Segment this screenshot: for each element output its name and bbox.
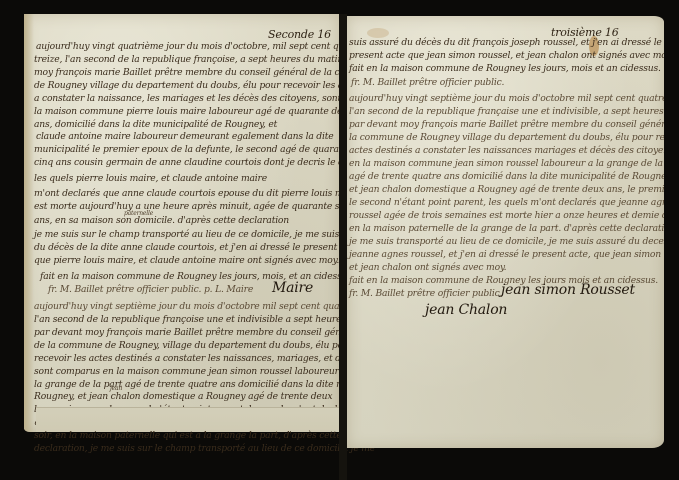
left-page-number: Seconde 16	[268, 28, 331, 41]
book-gutter	[339, 14, 347, 480]
text-line: de Rougney village du departement du dou…	[34, 81, 339, 90]
right-page: troisième 16 suis assuré du décès du dit…	[347, 16, 664, 448]
text-line: suis assuré du décès du dit françois jos…	[349, 38, 662, 47]
text-line: l'an second de la republique françoise u…	[34, 315, 339, 324]
text-line: treize, l'an second de la republique fra…	[34, 55, 339, 64]
text-line: par devant moy françois marie Baillet pr…	[34, 328, 339, 337]
text-line: recevoir les actes destinés a constater …	[34, 354, 339, 363]
text-line: par devant moy françois marie Baillet pr…	[349, 120, 664, 129]
text-line: fait en la maison commune de Rougney les…	[349, 64, 661, 73]
text-line: la maison commune pierre louis maire lab…	[34, 107, 339, 116]
text-line: fr. M. Baillet prêtre officier public.	[351, 78, 504, 87]
text-line: roussel agée de trois semaines est morte…	[349, 211, 664, 220]
text-line: m'ont declarés que anne claude courtois …	[34, 189, 339, 198]
text-line: l'an second de la republique française u…	[349, 107, 664, 116]
text-line: actes destinés a constater les naissance…	[349, 146, 664, 155]
left-page: Seconde 16 aujourd'huy vingt quatrième j…	[24, 14, 339, 432]
text-line: a constater la naissance, les mariages e…	[34, 94, 339, 103]
signature-chalon: jean Chalon	[425, 302, 507, 318]
text-line: aujourd'huy vingt septième jour du mois …	[349, 94, 664, 103]
signature-maire: Maire	[272, 280, 313, 296]
text-line: est morte aujourd'huy a une heure après …	[34, 202, 339, 211]
text-line: et jean chalon ont signés avec moy.	[349, 263, 506, 272]
text-line: la grange de la part agé de trente quatr…	[34, 380, 339, 389]
text-line: en la maison paternelle de la grange de …	[349, 224, 664, 233]
text-line: declaration, je me suis sur le champ tra…	[34, 444, 375, 453]
text-line: jeanne agnes roussel, et j'en ai dressé …	[349, 250, 664, 259]
text-line: la commune de Rougney village du departe…	[349, 133, 664, 142]
left-page-worn-edge	[24, 14, 34, 432]
text-line: cinq ans cousin germain de anne claudine…	[34, 158, 339, 167]
text-line: le second n'étant point parent, les quel…	[349, 198, 664, 207]
text-line: agé de trente quatre ans domicilié dans …	[349, 172, 664, 181]
text-line: aujourd'huy vingt septième jour du mois …	[34, 302, 339, 311]
text-line: moy françois marie Baillet prêtre membre…	[34, 68, 339, 77]
signature-rousset: jean simon Rousset	[501, 282, 635, 298]
text-line: present acte que jean simon roussel, et …	[349, 51, 664, 60]
text-line: ans, en sa maison son domicile. d'après …	[34, 216, 289, 225]
text-line: et jean chalon domestique a Rougney agé …	[349, 185, 664, 194]
text-line: claude antoine maire laboureur demeurant…	[36, 132, 333, 141]
text-line: je me suis sur le champ transporté au li…	[34, 230, 339, 239]
text-line: Rougney, et jean chalon domestique a Rou…	[34, 392, 332, 401]
text-line: fr. M. Baillet prêtre officier public. p…	[48, 285, 253, 294]
text-line: aujourd'huy vingt quatrième jour du mois…	[36, 42, 339, 51]
text-line: sont comparus en la maison commune jean …	[34, 367, 339, 376]
text-line: municipalité le premier epoux de la defu…	[34, 145, 339, 154]
text-line: soir, en la maison paternelle qui est a …	[34, 431, 342, 440]
text-line: en la maison commune jean simon roussel …	[349, 159, 664, 168]
text-line: du décès de la dite anne claude courtois…	[34, 243, 339, 252]
text-line: fr. M. Baillet prêtre officier public.	[349, 289, 502, 298]
text-line: les quels pierre louis maire, et claude …	[34, 174, 267, 183]
text-line: ans, domicilié dans la dite municipalité…	[34, 120, 277, 129]
text-line: je me suis transporté au lieu de ce domi…	[349, 237, 664, 246]
text-line: que pierre louis maire, et claude antoin…	[34, 256, 339, 265]
document-viewer: Seconde 16 aujourd'huy vingt quatrième j…	[0, 0, 679, 480]
text-line: de la commune de Rougney, village du dep…	[34, 341, 339, 350]
page-fold	[36, 407, 339, 432]
